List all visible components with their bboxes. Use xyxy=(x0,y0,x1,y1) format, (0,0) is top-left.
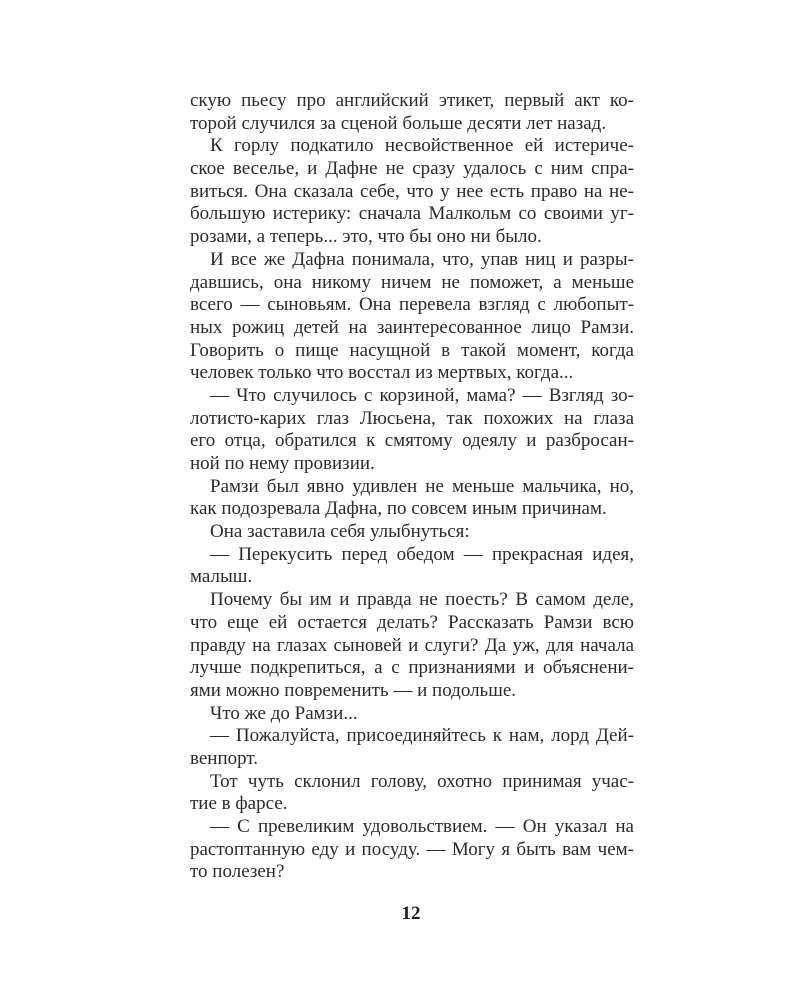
paragraph: — Пожалуйста, присоединяйтесь к нам, лор… xyxy=(190,725,634,770)
text-line: Почему бы им и правда не поесть? В самом… xyxy=(190,589,634,612)
text-line: — С превеликим удовольствием. — Он указа… xyxy=(190,816,634,839)
paragraph: Почему бы им и правда не поесть? В самом… xyxy=(190,589,634,702)
page-number: 12 xyxy=(0,903,800,925)
text-line: ское веселье, и Дафне не сразу удалось с… xyxy=(190,158,634,181)
text-line: — Перекусить перед обедом — прекрасная и… xyxy=(190,544,634,567)
text-line: — Что случилось с корзиной, мама? — Взгл… xyxy=(190,385,634,408)
paragraph: — Что случилось с корзиной, мама? — Взгл… xyxy=(190,385,634,476)
text-line: ями можно повременить — и подольше. xyxy=(190,680,634,703)
text-line: розами, а теперь... это, что бы оно ни б… xyxy=(190,226,634,249)
text-line: растоптанную еду и посуду. — Могу я быть… xyxy=(190,839,634,862)
text-line: как подозревала Дафна, по совсем иным пр… xyxy=(190,498,634,521)
text-line: венпорт. xyxy=(190,748,634,771)
text-line: лотисто-карих глаз Люсьена, так похожих … xyxy=(190,408,634,431)
text-line: виться. Она сказала себе, что у нее есть… xyxy=(190,181,634,204)
text-line: то полезен? xyxy=(190,861,634,884)
text-line: большую истерику: сначала Малкольм со св… xyxy=(190,203,634,226)
text-line: правду на глазах сыновей и слуги? Да уж,… xyxy=(190,635,634,658)
text-line: тие в фарсе. xyxy=(190,793,634,816)
paragraph: К горлу подкатило несвойственное ей исте… xyxy=(190,135,634,248)
paragraph: И все же Дафна понимала, что, упав ниц и… xyxy=(190,249,634,385)
text-line: ных рожиц детей на заинтересованное лицо… xyxy=(190,317,634,340)
text-line: скую пьесу про английский этикет, первый… xyxy=(190,90,634,113)
text-line: ной по нему провизии. xyxy=(190,453,634,476)
body-text: скую пьесу про английский этикет, первый… xyxy=(190,90,634,884)
text-line: Говорить о пище насущной в такой момент,… xyxy=(190,340,634,363)
text-line: человек только что восстал из мертвых, к… xyxy=(190,362,634,385)
text-line: малыш. xyxy=(190,566,634,589)
text-line: Рамзи был явно удивлен не меньше мальчик… xyxy=(190,476,634,499)
book-page: скую пьесу про английский этикет, первый… xyxy=(0,0,800,1000)
text-line: всего — сыновьям. Она перевела взгляд с … xyxy=(190,294,634,317)
text-line: К горлу подкатило несвойственное ей исте… xyxy=(190,135,634,158)
paragraph: Что же до Рамзи... xyxy=(190,703,634,726)
text-line: его отца, обратился к смятому одеялу и р… xyxy=(190,430,634,453)
text-line: лучше подкрепиться, а с признаниями и об… xyxy=(190,657,634,680)
paragraph: Она заставила себя улыбнуться: xyxy=(190,521,634,544)
paragraph: — С превеликим удовольствием. — Он указа… xyxy=(190,816,634,884)
paragraph: — Перекусить перед обедом — прекрасная и… xyxy=(190,544,634,589)
text-line: торой случился за сценой больше десяти л… xyxy=(190,113,634,136)
text-line: И все же Дафна понимала, что, упав ниц и… xyxy=(190,249,634,272)
text-line: — Пожалуйста, присоединяйтесь к нам, лор… xyxy=(190,725,634,748)
text-line: что еще ей остается делать? Рассказать Р… xyxy=(190,612,634,635)
text-line: Что же до Рамзи... xyxy=(190,703,634,726)
paragraph: скую пьесу про английский этикет, первый… xyxy=(190,90,634,135)
text-line: давшись, она никому ничем не поможет, а … xyxy=(190,272,634,295)
text-line: Она заставила себя улыбнуться: xyxy=(190,521,634,544)
paragraph: Тот чуть склонил голову, охотно принимая… xyxy=(190,771,634,816)
paragraph: Рамзи был явно удивлен не меньше мальчик… xyxy=(190,476,634,521)
text-line: Тот чуть склонил голову, охотно принимая… xyxy=(190,771,634,794)
